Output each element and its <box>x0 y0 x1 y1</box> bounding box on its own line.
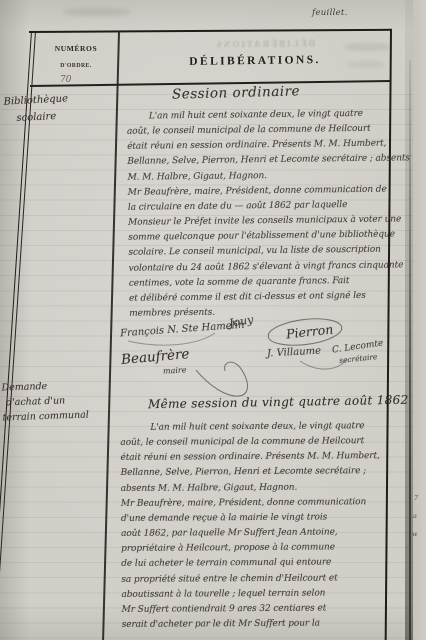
margin-note-demande-achat: Demande d'achat d'un terrain communal <box>1 378 89 426</box>
page-edge <box>413 0 426 640</box>
session2-body: L'an mil huit cent soixante deux, le vin… <box>120 419 381 633</box>
order-number: 70 <box>60 75 71 85</box>
signature-maire-title: maire <box>163 365 187 375</box>
body-line: absents M. M. Halbre, Gigaut, Hagnon. <box>121 480 380 497</box>
session1-heading: Session ordinaire <box>172 83 300 102</box>
body-line: Mr Beaufrère, maire, Président, donne co… <box>121 495 380 512</box>
register-page-scan: DÉLIBÉRATIONS feuillet. NUMÉROS D'ORDRE.… <box>0 0 426 640</box>
body-line: serait d'acheter par le dit Mr Suffert p… <box>122 616 381 633</box>
page-fold-line <box>409 60 411 640</box>
body-line: était réuni en session ordinaire. Présen… <box>120 449 379 466</box>
margin-note-line: scolaire <box>16 107 69 127</box>
column-header-numeros: NUMÉROS <box>34 44 118 53</box>
body-line: Mr Suffert contiendrait 9 ares 32 centia… <box>122 601 381 618</box>
body-line: août 1862, par laquelle Mr Suffert Jean … <box>121 525 380 542</box>
body-line: sa propriété situé entre le chemin d'Hei… <box>121 571 380 588</box>
margin-note-bibliotheque: Bibliothèque scolaire <box>3 90 69 127</box>
body-line: août, le conseil municipal de la commune… <box>120 434 379 451</box>
body-line: de lui acheter le terrain communal qui e… <box>121 556 380 573</box>
column-header-ordre: D'ORDRE. <box>34 63 118 69</box>
feuillet-label: feuillet. <box>312 8 348 18</box>
edge-mark: 7 <box>414 494 418 502</box>
edge-mark: a <box>413 512 417 520</box>
body-line: L'an mil huit cent soixante deux, le vin… <box>120 419 379 436</box>
body-line: d'une demande reçue à la mairie le vingt… <box>121 510 380 527</box>
ink-smudge <box>64 8 130 16</box>
margin-note-line: Bibliothèque <box>3 90 68 110</box>
edge-mark: w <box>412 530 418 538</box>
margin-note-line: terrain communal <box>2 407 89 425</box>
body-line: Bellanne, Selve, Pierron, Henri et Lecom… <box>121 465 380 482</box>
session1-body: L'an mil huit cent soixante deux, le vin… <box>127 106 412 322</box>
body-line: aboutissant à la tourelle ; lequel terra… <box>121 586 380 603</box>
